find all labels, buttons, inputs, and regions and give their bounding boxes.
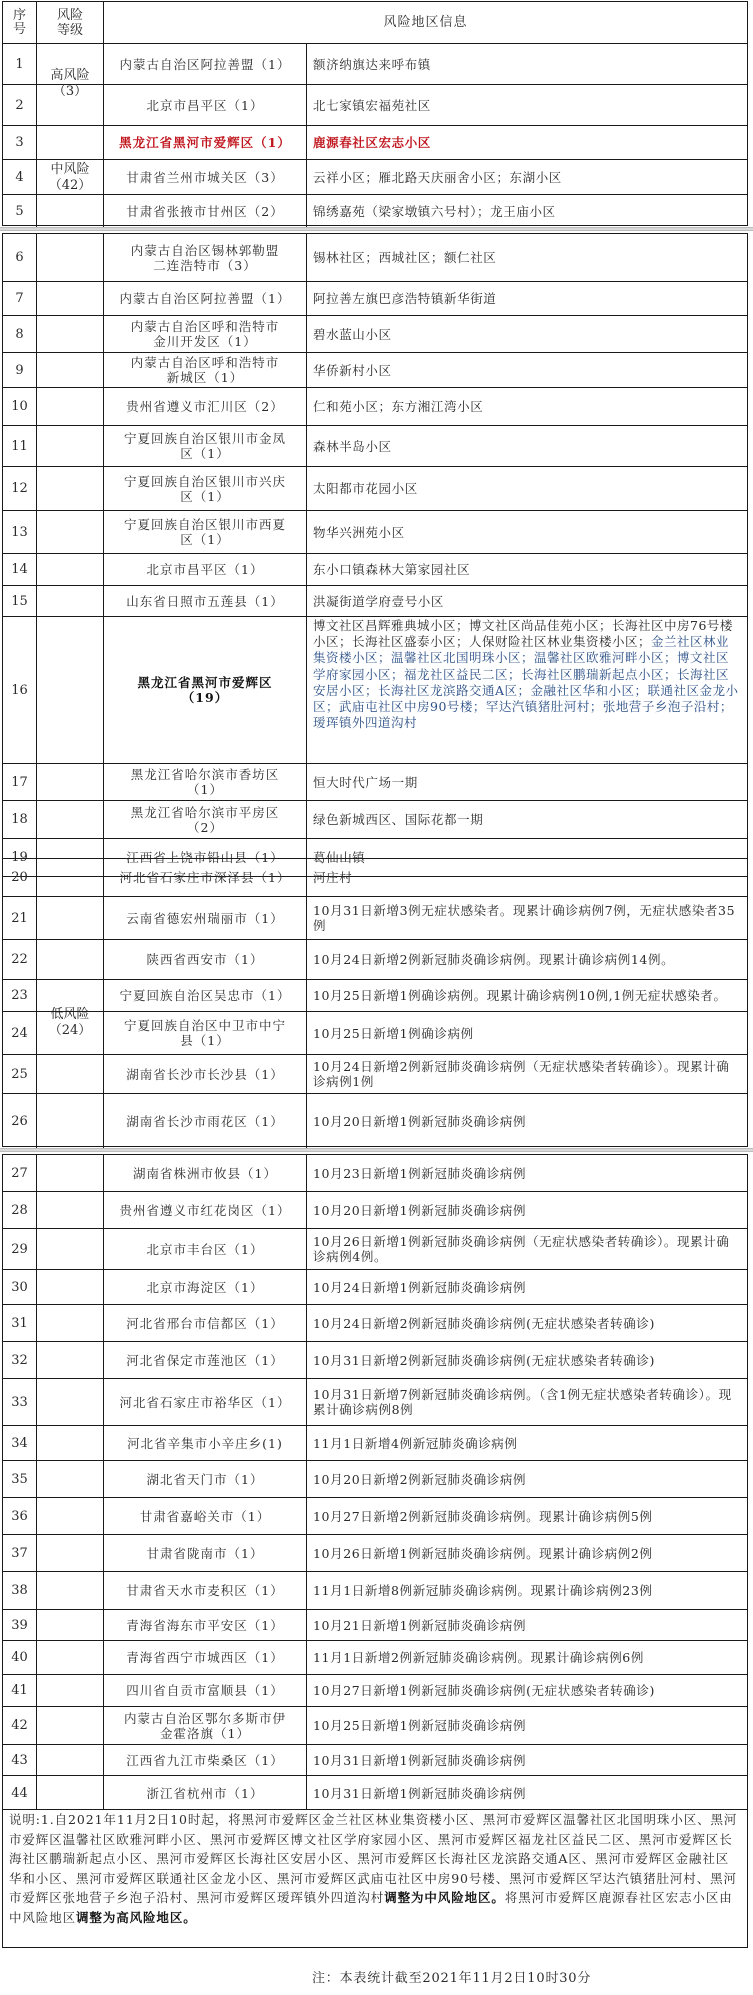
row-area: 贵州省遵义市汇川区（2） (103, 388, 307, 425)
table-row: 25 湖南省长沙市长沙县（1） 10月24日新增2例新冠肺炎确诊病例（无症状感染… (3, 1054, 747, 1093)
table-row: 2 北京市昌平区（1） 北七家镇宏福苑社区 (3, 84, 747, 125)
row-seq: 38 (3, 1572, 37, 1609)
header-seq-label: 序号 (9, 9, 30, 37)
row-seq: 39 (3, 1610, 37, 1640)
row-area: 甘肃省天水市麦积区（1） (103, 1572, 307, 1609)
row-area: 北京市海淀区（1） (103, 1270, 307, 1304)
table-row: 33 河北省石家庄市裕华区（1） 10月31日新增7例新冠肺炎确诊病例。（含1例… (3, 1378, 747, 1425)
row-info: 10月24日新增2例新冠肺炎确诊病例(无症状感染者转确诊) (307, 1305, 747, 1341)
row-info: 11月1日新增8例新冠肺炎确诊病例。现累计确诊病例23例 (307, 1572, 747, 1609)
note-bold-1: 调整为中风险地区。 (384, 1890, 505, 1905)
table-row: 6 内蒙古自治区锡林郭勒盟二连浩特市（3） 锡林社区；西城社区；额仁社区 (3, 234, 747, 281)
table-row: 34 河北省辛集市小辛庄乡(1) 11月1日新增4例新冠肺炎确诊病例 (3, 1425, 747, 1460)
row-seq: 40 (3, 1641, 37, 1674)
row-area: 甘肃省张掖市甘州区（2） (103, 195, 307, 227)
table-row: 38 甘肃省天水市麦积区（1） 11月1日新增8例新冠肺炎确诊病例。现累计确诊病… (3, 1571, 747, 1609)
header-seq: 序号 (3, 2, 37, 43)
table-row: 24 宁夏回族自治区中卫市中宁县（1） 10月25日新增1例确诊病例 (3, 1011, 747, 1054)
row-info: 碧水蓝山小区 (307, 316, 747, 352)
row-seq: 43 (3, 1745, 37, 1775)
row-area: 宁夏回族自治区吴忠市（1） (103, 980, 307, 1011)
row-info: 洪凝街道学府壹号小区 (307, 586, 747, 616)
row-info: 10月21日新增1例新冠肺炎确诊病例 (307, 1610, 747, 1640)
row-info: 10月24日新增2例新冠肺炎确诊病例。现累计确诊病例14例。 (307, 940, 747, 979)
table-row: 5 甘肃省张掖市甘州区（2） 锦绣嘉苑（梁家墩镇六号村）；龙王庙小区 (3, 194, 747, 227)
row-area: 内蒙古自治区锡林郭勒盟二连浩特市（3） (103, 234, 307, 281)
table-row: 8 内蒙古自治区呼和浩特市金川开发区（1） 碧水蓝山小区 (3, 315, 747, 352)
table-row: 11 宁夏回族自治区银川市金凤区（1） 森林半岛小区 (3, 425, 747, 466)
row-info: 额济纳旗达来呼布镇 (307, 44, 747, 84)
statistics-footnote: 注：本表统计截至2021年11月2日10时30分 (312, 1967, 591, 1986)
table-row: 44 浙江省杭州市（1） 10月31日新增1例新冠肺炎确诊病例 (3, 1775, 747, 1810)
table-row: 35 湖北省天门市（1） 10月20日新增2例新冠肺炎确诊病例 (3, 1460, 747, 1497)
row-area: 甘肃省陇南市（1） (103, 1535, 307, 1571)
table-row: 18 黑龙江省哈尔滨市平房区（2） 绿色新城西区、国际花都一期 (3, 800, 747, 838)
row-seq: 18 (3, 801, 37, 838)
row-seq: 41 (3, 1675, 37, 1706)
table-row: 23 宁夏回族自治区吴忠市（1） 10月25日新增1例确诊病例。现累计确诊病例1… (3, 979, 747, 1011)
table-header-row: 序号 风险等级 风险地区信息 (3, 2, 747, 43)
row-info: 10月25日新增1例确诊病例 (307, 1012, 747, 1054)
table-row: 12 宁夏回族自治区银川市兴庆区（1） 太阳都市花园小区 (3, 466, 747, 510)
row-area: 内蒙古自治区阿拉善盟（1） (103, 282, 307, 315)
row-area: 河北省石家庄市深泽县（1） (103, 859, 307, 896)
row-info: 博文社区昌辉雅典城小区；博文社区尚品佳苑小区；长海社区中房76号楼小区；长海社区… (307, 617, 747, 763)
row-seq: 35 (3, 1461, 37, 1497)
table-row: 30 北京市海淀区（1） 10月24日新增1例新冠肺炎确诊病例 (3, 1269, 747, 1304)
table-row-highlighted: 16 黑龙江省黑河市爱辉区（19） 博文社区昌辉雅典城小区；博文社区尚品佳苑小区… (3, 616, 747, 763)
row-area: 云南省德宏州瑞丽市（1） (103, 897, 307, 939)
row-seq: 31 (3, 1305, 37, 1341)
row-info: 锡林社区；西城社区；额仁社区 (307, 234, 747, 281)
row-seq: 29 (3, 1229, 37, 1269)
row-area: 四川省自贡市富顺县（1） (103, 1675, 307, 1706)
row-area: 河北省石家庄市裕华区（1） (103, 1379, 307, 1425)
row-info: 北七家镇宏福苑社区 (307, 85, 747, 125)
table-row: 39 青海省海东市平安区（1） 10月21日新增1例新冠肺炎确诊病例 (3, 1609, 747, 1640)
row-info: 云祥小区；雁北路天庆丽舍小区；东湖小区 (307, 160, 747, 194)
row-info: 恒大时代广场一期 (307, 764, 747, 800)
row-seq: 5 (3, 195, 37, 227)
page-break-divider (0, 1148, 753, 1152)
row-seq: 44 (3, 1776, 37, 1810)
header-level-label: 风险等级 (51, 8, 89, 38)
header-info-label: 风险地区信息 (383, 15, 467, 30)
page-break-divider (0, 227, 753, 231)
row-info: 10月24日新增2例新冠肺炎确诊病例（无症状感染者转确诊）。现累计确诊病例1例 (307, 1055, 747, 1093)
row-area: 湖北省天门市（1） (103, 1461, 307, 1497)
row-area: 北京市丰台区（1） (103, 1229, 307, 1269)
row-seq: 42 (3, 1707, 37, 1744)
row-area: 黑龙江省哈尔滨市香坊区（1） (103, 764, 307, 800)
row-area: 黑龙江省黑河市爱辉区（19） (103, 617, 307, 763)
table-segment-3: 27 湖南省株洲市攸县（1） 10月23日新增1例新冠肺炎确诊病例 28 贵州省… (2, 1154, 748, 1810)
row-info: 太阳都市花园小区 (307, 467, 747, 510)
row-seq: 7 (3, 282, 37, 315)
table-row: 20 河北省石家庄市深泽县（1） 河庄村 (3, 858, 747, 896)
row-area: 湖南省长沙市长沙县（1） (103, 1055, 307, 1093)
table-row: 31 河北省邢台市信都区（1） 10月24日新增2例新冠肺炎确诊病例(无症状感染… (3, 1304, 747, 1341)
row-seq: 30 (3, 1270, 37, 1304)
table-segment-2: 低风险（24） 6 内蒙古自治区锡林郭勒盟二连浩特市（3） 锡林社区；西城社区；… (2, 233, 748, 1147)
row-info: 东小口镇森林大第家园社区 (307, 554, 747, 585)
row-info: 森林半岛小区 (307, 426, 747, 466)
row-area: 甘肃省兰州市城关区（3） (103, 160, 307, 194)
row-area: 湖南省长沙市雨花区（1） (103, 1094, 307, 1148)
row-area: 内蒙古自治区阿拉善盟（1） (103, 44, 307, 84)
row-seq: 10 (3, 388, 37, 425)
row-info: 10月27日新增2例新冠肺炎确诊病例。现累计确诊病例5例 (307, 1498, 747, 1534)
row-info: 河庄村 (307, 859, 747, 896)
table-row: 4 甘肃省兰州市城关区（3） 云祥小区；雁北路天庆丽舍小区；东湖小区 (3, 159, 747, 194)
row-area: 河北省保定市莲池区（1） (103, 1342, 307, 1378)
row-seq: 21 (3, 897, 37, 939)
row-seq: 23 (3, 980, 37, 1011)
row-seq: 16 (3, 617, 37, 763)
row-info: 11月1日新增4例新冠肺炎确诊病例 (307, 1426, 747, 1460)
table-row: 26 湖南省长沙市雨花区（1） 10月20日新增1例新冠肺炎确诊病例 (3, 1093, 747, 1148)
row-info: 10月31日新增2例新冠肺炎确诊病例(无症状感染者转确诊) (307, 1342, 747, 1378)
header-info: 风险地区信息 (103, 2, 747, 43)
note-bold-2: 调整为高风险地区。 (76, 1910, 197, 1925)
table-row: 32 河北省保定市莲池区（1） 10月31日新增2例新冠肺炎确诊病例(无症状感染… (3, 1341, 747, 1378)
row-area: 北京市昌平区（1） (103, 554, 307, 585)
row-area: 宁夏回族自治区中卫市中宁县（1） (103, 1012, 307, 1054)
row-info: 10月20日新增2例新冠肺炎确诊病例 (307, 1461, 747, 1497)
row-info: 鹿源春社区宏志小区 (307, 126, 747, 159)
row-info: 10月24日新增1例新冠肺炎确诊病例 (307, 1270, 747, 1304)
row-info: 10月31日新增1例新冠肺炎确诊病例 (307, 1745, 747, 1775)
row-area: 北京市昌平区（1） (103, 85, 307, 125)
row-seq: 24 (3, 1012, 37, 1054)
row-info: 10月20日新增1例新冠肺炎确诊病例 (307, 1192, 747, 1228)
table-row: 17 黑龙江省哈尔滨市香坊区（1） 恒大时代广场一期 (3, 763, 747, 800)
row-info: 11月1日新增2例新冠肺炎确诊病例。现累计确诊病例6例 (307, 1641, 747, 1674)
row-area: 湖南省株洲市攸县（1） (103, 1155, 307, 1191)
row-seq: 32 (3, 1342, 37, 1378)
row-area: 甘肃省嘉峪关市（1） (103, 1498, 307, 1534)
row-info: 华侨新村小区 (307, 353, 747, 387)
row-info: 10月31日新增3例无症状感染者。现累计确诊病例7例，无症状感染者35例 (307, 897, 747, 939)
row-area: 青海省西宁市城西区（1） (103, 1641, 307, 1674)
row-info: 10月20日新增1例新冠肺炎确诊病例 (307, 1094, 747, 1148)
row-seq: 3 (3, 126, 37, 159)
table-row: 22 陕西省西安市（1） 10月24日新增2例新冠肺炎确诊病例。现累计确诊病例1… (3, 939, 747, 979)
table-row: 7 内蒙古自治区阿拉善盟（1） 阿拉善左旗巴彦浩特镇新华街道 (3, 281, 747, 315)
row-info: 10月26日新增1例新冠肺炎确诊病例（无症状感染者转确诊）。现累计确诊病例4例。 (307, 1229, 747, 1269)
row-info: 10月25日新增1例新冠肺炎确诊病例 (307, 1707, 747, 1744)
table-row: 21 云南省德宏州瑞丽市（1） 10月31日新增3例无症状感染者。现累计确诊病例… (3, 896, 747, 939)
row-seq: 2 (3, 85, 37, 125)
row-seq: 1 (3, 44, 37, 84)
row-seq: 25 (3, 1055, 37, 1093)
row-area: 贵州省遵义市红花岗区（1） (103, 1192, 307, 1228)
row-info: 10月31日新增1例新冠肺炎确诊病例 (307, 1776, 747, 1810)
row-seq: 8 (3, 316, 37, 352)
row-seq: 34 (3, 1426, 37, 1460)
row-seq: 36 (3, 1498, 37, 1534)
table-row: 1 内蒙古自治区阿拉善盟（1） 额济纳旗达来呼布镇 (3, 43, 747, 84)
explanation-note: 说明:1.自2021年11月2日10时起，将黑河市爱辉区金兰社区林业集资楼小区、… (2, 1808, 748, 1948)
row-seq: 17 (3, 764, 37, 800)
table-row: 37 甘肃省陇南市（1） 10月26日新增1例新冠肺炎确诊病例。现累计确诊病例2… (3, 1534, 747, 1571)
table-row: 29 北京市丰台区（1） 10月26日新增1例新冠肺炎确诊病例（无症状感染者转确… (3, 1228, 747, 1269)
row-info: 10月23日新增1例新冠肺炎确诊病例 (307, 1155, 747, 1191)
row-info: 阿拉善左旗巴彦浩特镇新华街道 (307, 282, 747, 315)
row-seq: 12 (3, 467, 37, 510)
table-row: 15 山东省日照市五莲县（1） 洪凝街道学府壹号小区 (3, 585, 747, 616)
row-area: 黑龙江省哈尔滨市平房区（2） (103, 801, 307, 838)
row-seq: 13 (3, 511, 37, 553)
table-row-highlighted: 3 黑龙江省黑河市爱辉区（1） 鹿源春社区宏志小区 (3, 125, 747, 159)
row-info: 仁和苑小区；东方湘江湾小区 (307, 388, 747, 425)
row-seq: 33 (3, 1379, 37, 1425)
row-area: 黑龙江省黑河市爱辉区（1） (103, 126, 307, 159)
row-area: 河北省邢台市信都区（1） (103, 1305, 307, 1341)
row-area: 河北省辛集市小辛庄乡(1) (103, 1426, 307, 1460)
table-row: 14 北京市昌平区（1） 东小口镇森林大第家园社区 (3, 553, 747, 585)
row-seq: 20 (3, 859, 37, 896)
row-info: 10月25日新增1例确诊病例。现累计确诊病例10例,1例无症状感染者。 (307, 980, 747, 1011)
row-seq: 26 (3, 1094, 37, 1148)
row-seq: 37 (3, 1535, 37, 1571)
table-row: 10 贵州省遵义市汇川区（2） 仁和苑小区；东方湘江湾小区 (3, 387, 747, 425)
row-area: 宁夏回族自治区银川市西夏区（1） (103, 511, 307, 553)
row-seq: 15 (3, 586, 37, 616)
row-seq: 22 (3, 940, 37, 979)
header-level: 风险等级 (37, 2, 103, 43)
table-row: 40 青海省西宁市城西区（1） 11月1日新增2例新冠肺炎确诊病例。现累计确诊病… (3, 1640, 747, 1674)
table-row: 13 宁夏回族自治区银川市西夏区（1） 物华兴洲苑小区 (3, 510, 747, 553)
table-row: 9 内蒙古自治区呼和浩特市新城区（1） 华侨新村小区 (3, 352, 747, 387)
table-row: 27 湖南省株洲市攸县（1） 10月23日新增1例新冠肺炎确诊病例 (3, 1155, 747, 1191)
row-seq: 6 (3, 234, 37, 281)
table-row: 41 四川省自贡市富顺县（1） 10月27日新增1例新冠肺炎确诊病例(无症状感染… (3, 1674, 747, 1706)
table-row: 42 内蒙古自治区鄂尔多斯市伊金霍洛旗（1） 10月25日新增1例新冠肺炎确诊病… (3, 1706, 747, 1744)
row-info: 10月27日新增1例新冠肺炎确诊病例(无症状感染者转确诊) (307, 1675, 747, 1706)
row-info: 锦绣嘉苑（梁家墩镇六号村）；龙王庙小区 (307, 195, 747, 227)
row-seq: 28 (3, 1192, 37, 1228)
row-area: 江西省九江市柴桑区（1） (103, 1745, 307, 1775)
row-area: 宁夏回族自治区银川市金凤区（1） (103, 426, 307, 466)
row-info: 物华兴洲苑小区 (307, 511, 747, 553)
row-area: 青海省海东市平安区（1） (103, 1610, 307, 1640)
table-segment-1: 序号 风险等级 风险地区信息 高风险（3） 中风险（42） 1 内蒙古自治区阿拉… (2, 1, 748, 226)
row-seq: 11 (3, 426, 37, 466)
row-area: 内蒙古自治区鄂尔多斯市伊金霍洛旗（1） (103, 1707, 307, 1744)
table-row: 43 江西省九江市柴桑区（1） 10月31日新增1例新冠肺炎确诊病例 (3, 1744, 747, 1775)
row-info: 10月26日新增1例新冠肺炎确诊病例。现累计确诊病例2例 (307, 1535, 747, 1571)
table-row: 36 甘肃省嘉峪关市（1） 10月27日新增2例新冠肺炎确诊病例。现累计确诊病例… (3, 1497, 747, 1534)
row-area: 内蒙古自治区呼和浩特市金川开发区（1） (103, 316, 307, 352)
table-row: 28 贵州省遵义市红花岗区（1） 10月20日新增1例新冠肺炎确诊病例 (3, 1191, 747, 1228)
row-info: 10月31日新增7例新冠肺炎确诊病例。（含1例无症状感染者转确诊）。现累计确诊病… (307, 1379, 747, 1425)
row-seq: 9 (3, 353, 37, 387)
row-seq: 4 (3, 160, 37, 194)
row-seq: 14 (3, 554, 37, 585)
row-seq: 27 (3, 1155, 37, 1191)
row-area: 陕西省西安市（1） (103, 940, 307, 979)
row-info: 绿色新城西区、国际花都一期 (307, 801, 747, 838)
row-area: 浙江省杭州市（1） (103, 1776, 307, 1810)
row-area: 宁夏回族自治区银川市兴庆区（1） (103, 467, 307, 510)
row-area: 山东省日照市五莲县（1） (103, 586, 307, 616)
row-area: 内蒙古自治区呼和浩特市新城区（1） (103, 353, 307, 387)
